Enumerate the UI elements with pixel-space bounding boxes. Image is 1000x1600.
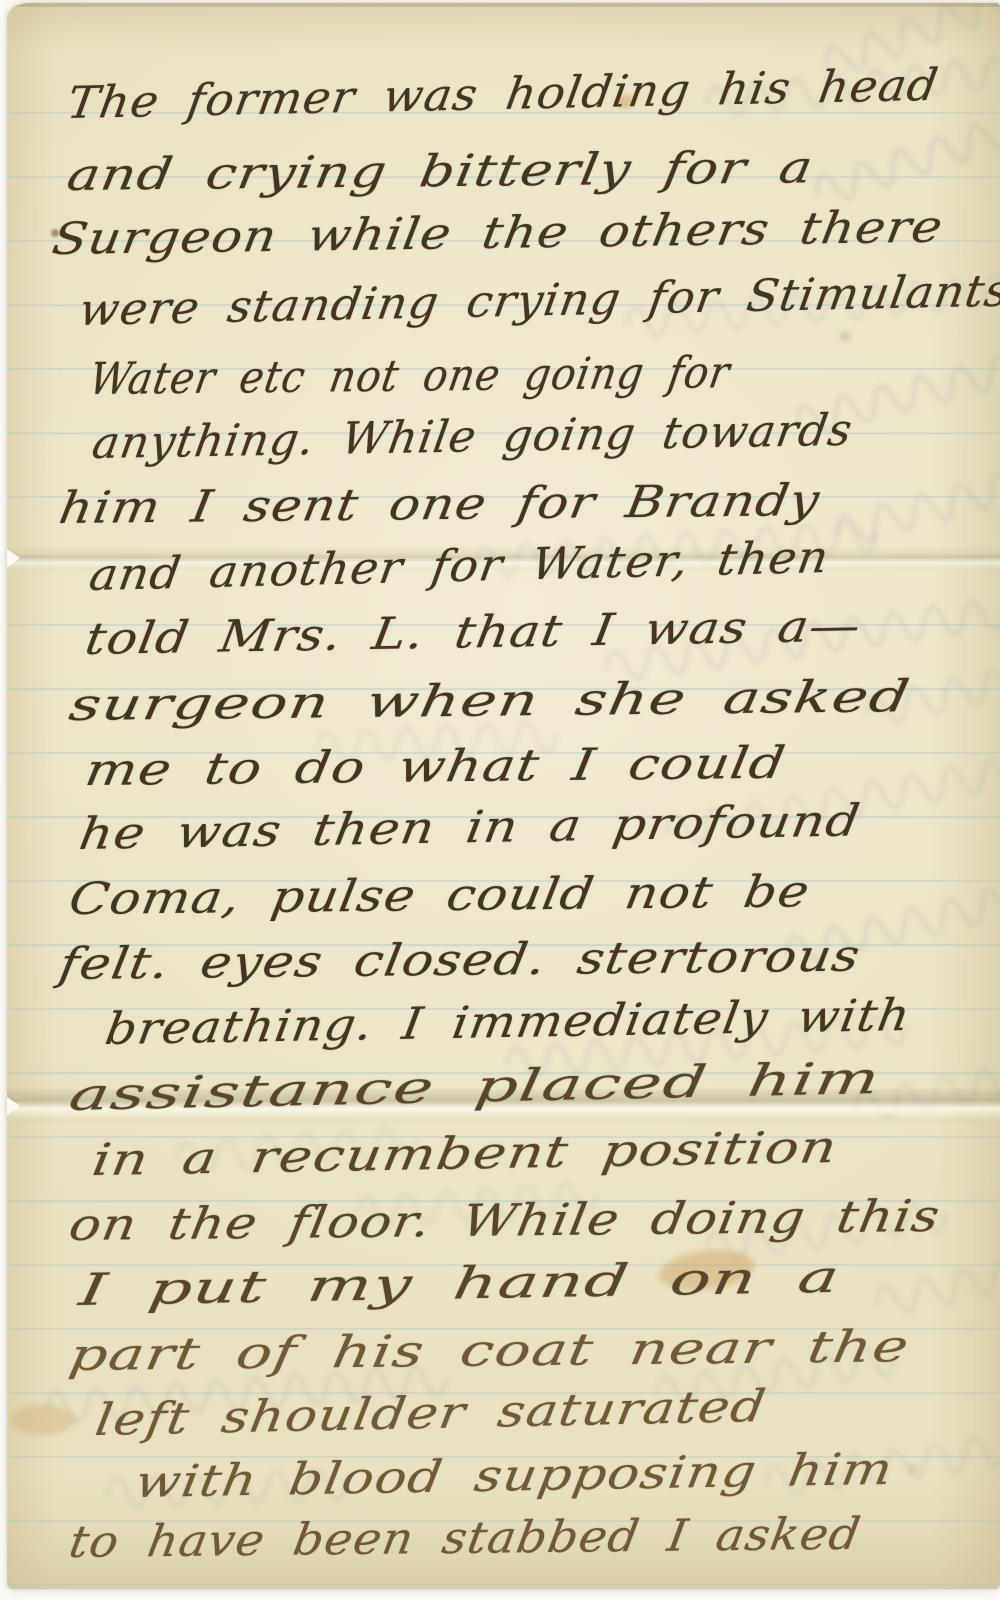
ink-stain bbox=[11, 1405, 75, 1435]
handwritten-line: left shoulder saturated bbox=[92, 1382, 770, 1445]
handwritten-line: surgeon when she asked bbox=[66, 672, 914, 730]
handwritten-line: felt. eyes closed. stertorous bbox=[56, 932, 864, 990]
handwritten-line: me to do what I could bbox=[82, 739, 790, 796]
handwritten-line: and another for Water, then bbox=[86, 533, 833, 601]
handwritten-line: and crying bitterly for a bbox=[64, 143, 817, 200]
handwritten-line: Water etc not one going for bbox=[86, 348, 734, 404]
handwritten-line: breathing. I immediately with bbox=[102, 991, 914, 1054]
handwritten-line: with blood supposing him bbox=[132, 1445, 897, 1508]
handwritten-line: on the floor. While doing this bbox=[66, 1192, 944, 1250]
letter-page: The former was holding his head and cryi… bbox=[7, 3, 1000, 1589]
handwritten-line: were standing crying for Stimulants bbox=[76, 266, 1000, 335]
handwritten-line: to have been stabbed I asked bbox=[66, 1510, 865, 1568]
handwritten-line: him I sent one for Brandy bbox=[56, 476, 824, 533]
handwritten-line: I put my hand on a bbox=[76, 1253, 844, 1316]
handwritten-line: in a recumbent position bbox=[89, 1123, 841, 1185]
paper-speck bbox=[909, 1466, 917, 1472]
handwritten-line: he was then in a profound bbox=[76, 796, 864, 859]
scanned-letter-screenshot: The former was holding his head and cryi… bbox=[0, 0, 1000, 1600]
paper-speck bbox=[840, 333, 850, 340]
handwritten-line: told Mrs. L. that I was a— bbox=[82, 601, 865, 664]
scan-edge-shadow bbox=[7, 3, 1000, 7]
handwritten-line: The former was holding his head bbox=[64, 61, 942, 129]
edge-notch bbox=[7, 549, 20, 567]
handwritten-line: Surgeon while the others there bbox=[49, 203, 947, 265]
handwritten-line: Coma, pulse could not be bbox=[66, 867, 814, 924]
handwritten-line: part of his coat near the bbox=[66, 1322, 914, 1380]
handwritten-line: assistance placed him bbox=[66, 1054, 884, 1120]
edge-notch bbox=[7, 1097, 20, 1115]
handwritten-line: anything. While going towards bbox=[89, 406, 856, 469]
